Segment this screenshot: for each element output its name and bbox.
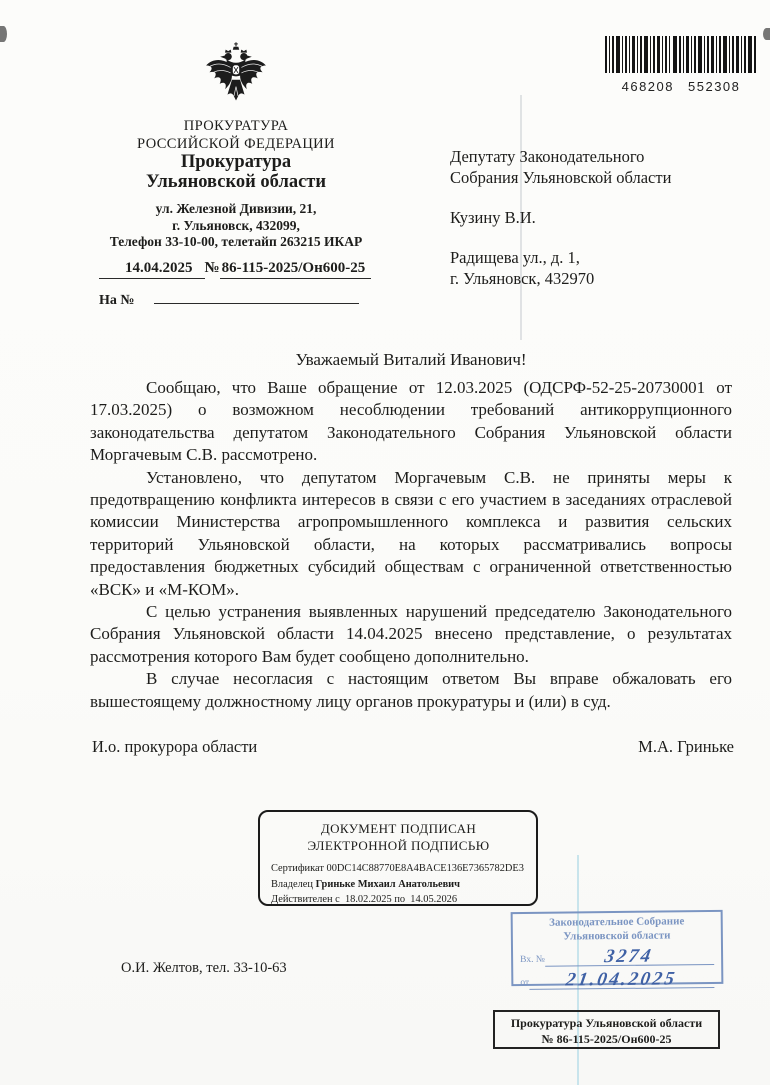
addressee-block: Депутату Законодательного Собрания Ульян… [450,146,671,289]
addressee-address-line1: Радищева ул., д. 1, [450,247,671,268]
signer-position: И.о. прокурора области [92,737,257,757]
scan-smudge-right [763,28,770,40]
esig-owner-line: Владелец Гриньке Михаил Анатольевич [271,877,526,893]
barcode-digits-right: 552308 [688,79,740,94]
body-paragraph: Установлено, что депутатом Моргачевым С.… [90,467,732,601]
org-name-caps-line1: ПРОКУРАТУРА [80,118,392,136]
instamp-incoming-number-line: 3274 [545,944,714,967]
reply-to-blank [154,290,359,304]
barcode-digits: 468208 552308 [601,79,761,94]
esig-validity-line: Действителен с 18.02.2025 по 14.05.2026 [271,892,526,908]
instamp-incoming-number: 3274 [603,947,654,968]
number-sign: № [205,260,220,276]
footer-reference-stamp: Прокуратура Ульяновской области № 86-115… [493,1010,720,1049]
letter-date: 14.04.2025 [99,260,205,279]
executor-line: О.И. Желтов, тел. 33-10-63 [121,960,287,977]
reference-line: 14.04.2025№86-115-2025/Он600-25 [99,260,371,279]
letter-number: 86-115-2025/Он600-25 [220,260,372,279]
body-paragraph: С целью устранения выявленных нарушений … [90,601,732,668]
esig-certificate-value: 00DC14C88770E8A4BACE136E7365782DE3 [327,863,524,874]
instamp-incoming-label: Вх. № [520,955,545,967]
footer-stamp-org: Прокуратура Ульяновской области [495,1015,718,1031]
signature-row: И.о. прокурора области М.А. Гриньке [92,737,734,757]
esig-valid-to: 14.05.2026 [410,894,457,905]
scanned-letter-page: 468208 552308 [0,0,770,1085]
reply-to-line: На № [99,290,359,309]
instamp-date-value: 21.04.2025 [564,969,678,990]
reply-to-label: На № [99,293,134,308]
coat-of-arms-icon [202,40,270,114]
electronic-signature-stamp: ДОКУМЕНТ ПОДПИСАН ЭЛЕКТРОННОЙ ПОДПИСЬЮ С… [258,810,538,906]
org-name-bold-line1: Прокуратура [80,153,392,173]
org-name-caps-line2: РОССИЙСКОЙ ФЕДЕРАЦИИ [80,136,392,154]
addressee-address-line2: г. Ульяновск, 432970 [450,268,671,289]
signer-name: М.А. Гриньке [638,737,734,757]
letter-body: Сообщаю, что Ваше обращение от 12.03.202… [90,377,732,713]
addressee-name: Кузину В.И. [450,207,671,228]
scan-smudge-left [0,26,7,42]
letterhead: ПРОКУРАТУРА РОССИЙСКОЙ ФЕДЕРАЦИИ Прокура… [80,118,392,251]
addressee-line1: Депутату Законодательного [450,146,671,167]
instamp-date-line: 21.04.2025 [529,967,714,990]
salutation: Уважаемый Виталий Иванович! [90,350,732,370]
esig-owner-name: Гриньке Михаил Анатольевич [316,879,460,890]
footer-stamp-number: № 86-115-2025/Он600-25 [495,1031,718,1047]
body-paragraph: В случае несогласия с настоящим ответом … [90,668,732,713]
org-address-line3: Телефон 33-10-00, телетайп 263215 ИКАР [80,234,392,251]
addressee-line2: Собрания Ульяновской области [450,167,671,188]
instamp-date-label: от [520,978,529,990]
esig-title-line1: ДОКУМЕНТ ПОДПИСАН [271,821,526,838]
instamp-org-line2: Ульяновской области [520,928,714,944]
barcode: 468208 552308 [601,36,761,94]
org-address-line2: г. Ульяновск, 432099, [80,218,392,235]
incoming-registration-stamp: Законодательное Собрание Ульяновской обл… [511,910,724,986]
esig-valid-from: 18.02.2025 [345,894,392,905]
esig-title-line2: ЭЛЕКТРОННОЙ ПОДПИСЬЮ [271,838,526,855]
org-name-bold-line2: Ульяновской области [80,173,392,193]
body-paragraph: Сообщаю, что Ваше обращение от 12.03.202… [90,377,732,467]
org-address-line1: ул. Железной Дивизии, 21, [80,201,392,218]
esig-certificate-line: Сертификат 00DC14C88770E8A4BACE136E73657… [271,861,526,877]
barcode-digits-left: 468208 [622,79,674,94]
barcode-bars [605,36,757,73]
